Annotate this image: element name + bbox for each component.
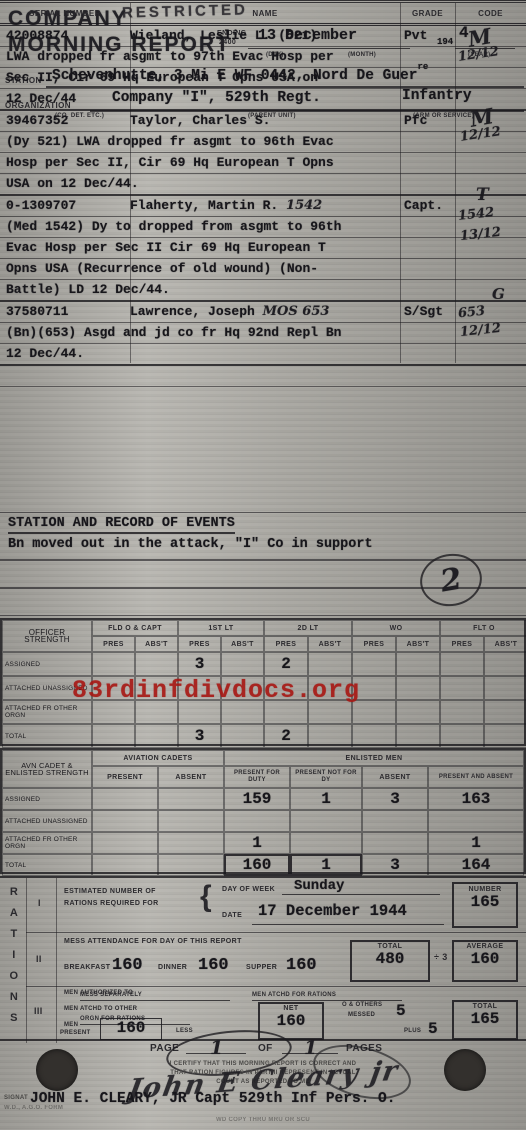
column-divider (26, 878, 27, 1043)
others-value: 5 (396, 1002, 406, 1020)
value-cell: 1 (290, 854, 362, 876)
supper-value: 160 (286, 956, 317, 975)
blank-ruled-line (0, 366, 526, 387)
value-cell: 2 (264, 724, 308, 748)
personnel-entry: 39467352 Taylor, Charles S. Pfc (Dy 521)… (0, 111, 526, 196)
rations-section: RATIONS I II III ESTIMATED NUMBER OF RAT… (0, 876, 526, 1041)
rations-req-label1: ESTIMATED NUMBER OF (64, 888, 156, 895)
section-divider (26, 932, 526, 933)
entry-serial: 0-1309707 (6, 196, 130, 216)
group-header: WO (352, 620, 440, 636)
pres-header: PRES (264, 636, 308, 652)
value-cell: 163 (428, 788, 524, 810)
plus-value: 5 (428, 1020, 438, 1038)
breakfast-label: BREAKFAST (64, 964, 110, 971)
pres-header: PRES (92, 636, 135, 652)
personnel-entry: 42008874 Wieland, Leslie L. (521) Pvt LW… (0, 26, 526, 111)
col-header: PRESENT AND ABSENT (428, 766, 524, 788)
entry-grade: Pfc (400, 111, 461, 131)
dinner-value: 160 (198, 956, 229, 975)
abst-header: ABS'T (396, 636, 440, 652)
roman-numeral-1: I (38, 898, 41, 908)
archive-watermark: 83rdinfdivdocs.org (72, 676, 360, 705)
handwritten-mos: MOS 653 (263, 304, 330, 319)
name-header: NAME (130, 9, 400, 18)
others-label1: O & OTHERS (342, 1002, 382, 1008)
code-header: CODE (455, 9, 526, 18)
value-cell: 160 (224, 854, 290, 876)
entry-text-line: Sec II, Cir 69 Hq European T Opns USA on (0, 68, 526, 89)
row-label: TOTAL (2, 854, 92, 876)
officer-table-corner: OFFICER STRENGTH (2, 620, 92, 652)
net-value: 160 (260, 1012, 322, 1030)
number-label: NUMBER (454, 886, 516, 893)
entry-serial: 39467352 (6, 111, 130, 131)
col-header: PRESENT (92, 766, 158, 788)
rations-total-box: TOTAL 165 (452, 1000, 518, 1040)
roman-numeral-2: II (36, 954, 42, 964)
morning-report-scan: RESTRICTED COMPANY MORNING REPORT ENDING… (0, 0, 526, 1130)
mess-total-label: TOTAL (352, 943, 428, 950)
personnel-table-header: SERIAL NUMBER NAME GRADE CODE (0, 3, 526, 26)
abst-header: ABS'T (484, 636, 526, 652)
entry-text-line: Hosp per Sec II, Cir 69 Hq European T Op… (0, 153, 526, 174)
group-header: FLD O & CAPT (92, 620, 178, 636)
enlisted-strength-table: AVN CADET & ENLISTED STRENGTH AVIATION C… (0, 748, 526, 874)
abst-header: ABS'T (221, 636, 264, 652)
pres-header: PRES (440, 636, 484, 652)
net-label: NET (260, 1005, 322, 1012)
mess-total-value: 480 (352, 950, 428, 968)
certifying-officer-line: JOHN E. CLEARY, JR Capt 529th Inf Pers. … (30, 1091, 395, 1107)
abst-header: ABS'T (135, 636, 178, 652)
group-header: 1ST LT (178, 620, 264, 636)
roman-numeral-3: III (34, 1006, 43, 1016)
rations-date-underline: 17 December 1944 (252, 902, 444, 925)
handwritten-annotation: 2 (438, 561, 465, 599)
personnel-entry: 37580711 Lawrence, Joseph MOS 653 S/Sgt … (0, 302, 526, 366)
enlisted-table-corner: AVN CADET & ENLISTED STRENGTH (2, 750, 92, 788)
entry-serial: 37580711 (6, 302, 130, 322)
entry-grade: Capt. (400, 196, 461, 216)
row-label: ASSIGNED (2, 652, 92, 676)
row-label: ASSIGNED (2, 788, 92, 810)
day-of-week-value: Sunday (294, 878, 344, 894)
entry-name: Flaherty, Martin R. 1542 (130, 196, 400, 216)
abst-header: ABS'T (308, 636, 352, 652)
bottom-note: WD COPY THRU MRU OR SCU (0, 1117, 526, 1123)
value-cell: 1 (428, 832, 524, 854)
rations-total-value: 165 (454, 1010, 516, 1028)
row-label: TOTAL (2, 724, 92, 748)
others-label2: MESSED (348, 1012, 375, 1018)
row-label: ATTACHED UNASSIGNED (2, 810, 92, 832)
entry-grade: S/Sgt (400, 302, 461, 322)
plus-label: PLUS (404, 1028, 421, 1034)
entry-text-line: 12 Dec/44. (0, 344, 526, 366)
entry-text-line: Opns USA (Recurrence of old wound) (Non- (0, 259, 526, 280)
grade-header: GRADE (400, 9, 455, 18)
mess-separately-label2: MESS SEPARATELY (80, 992, 230, 1001)
breakfast-value: 160 (112, 956, 143, 975)
personnel-table: SERIAL NUMBER NAME GRADE CODE 42008874 W… (0, 0, 526, 363)
date-label: DATE (222, 912, 242, 919)
entry-text-line: (Med 1542) Dy to dropped from asgmt to 9… (0, 217, 526, 238)
entry-name: Lawrence, Joseph MOS 653 (130, 302, 400, 322)
value-cell: 3 (362, 854, 428, 876)
events-heading: STATION AND RECORD OF EVENTS (8, 516, 235, 534)
day-of-week-label: DAY OF WEEK (222, 886, 275, 893)
men-present-box: 160 (100, 1018, 162, 1040)
entry-serial: 42008874 (6, 26, 130, 46)
entry-text-line: USA on 12 Dec/44. (0, 174, 526, 196)
atchd-for-rations-label: MEN ATCHD FOR RATIONS (252, 992, 402, 1001)
entry-name: Wieland, Leslie L. (521) (130, 26, 400, 46)
dinner-label: DINNER (158, 964, 187, 971)
signature-label: SIGNAT (4, 1095, 28, 1101)
rations-total-label: TOTAL (454, 1003, 516, 1010)
entry-text-line: Battle) LD 12 Dec/44. (0, 280, 526, 302)
group-header: FLT O (440, 620, 526, 636)
handwritten-mos: 1542 (286, 198, 322, 213)
value-cell: 2 (264, 652, 308, 676)
group-header: AVIATION CADETS (92, 750, 224, 766)
average-box: AVERAGE 160 (452, 940, 518, 982)
section-divider (26, 986, 526, 987)
supper-label: SUPPER (246, 964, 277, 971)
group-header: ENLISTED MEN (224, 750, 524, 766)
value-cell: 159 (224, 788, 290, 810)
divide-by-three: ÷ 3 (434, 952, 448, 962)
less-label: LESS (176, 1028, 193, 1034)
entry-text-line: LWA dropped fr asgmt to 97th Evac Hosp p… (0, 47, 526, 68)
blank-ruled-line (0, 492, 526, 513)
value-cell: 3 (178, 652, 221, 676)
entry-grade: Pvt (400, 26, 461, 46)
entry-text-line: (Dy 521) LWA dropped fr asgmt to 96th Ev… (0, 132, 526, 153)
entry-text-line: Evac Hosp per Sec II Cir 69 Hq European … (0, 238, 526, 259)
pres-header: PRES (178, 636, 221, 652)
value-cell: 164 (428, 854, 524, 876)
col-header: PRESENT NOT FOR DY (290, 766, 362, 788)
value-cell: 1 (224, 832, 290, 854)
personnel-entry: 0-1309707 Flaherty, Martin R. 1542 Capt.… (0, 196, 526, 302)
events-section: STATION AND RECORD OF EVENTS Bn moved ou… (0, 492, 526, 616)
col-header: PRESENT FOR DUTY (224, 766, 290, 788)
pres-header: PRES (352, 636, 396, 652)
men-present-value: 160 (117, 1019, 146, 1037)
value-cell: 1 (290, 788, 362, 810)
number-box: NUMBER 165 (452, 882, 518, 928)
col-header: ABSENT (158, 766, 224, 788)
average-value: 160 (454, 950, 516, 968)
average-label: AVERAGE (454, 943, 516, 950)
entry-text-line: 12 Dec/44 (0, 89, 526, 111)
mess-attendance-label: MESS ATTENDANCE FOR DAY OF THIS REPORT (64, 938, 242, 945)
rations-req-label2: RATIONS REQUIRED FOR (64, 900, 159, 907)
men-present-label2: PRESENT (60, 1030, 90, 1036)
column-divider (56, 878, 57, 1043)
number-value: 165 (454, 893, 516, 911)
entry-text-line: (Bn)(653) Asgd and jd co fr Hq 92nd Repl… (0, 323, 526, 344)
rations-side-label: RATIONS (9, 882, 19, 1029)
row-label: ATTACHED FR OTHER ORGN (2, 832, 92, 854)
atchd-other-label1: MEN ATCHD TO OTHER (64, 1006, 137, 1012)
rations-date-value: 17 December 1944 (258, 902, 407, 920)
entry-name: Taylor, Charles S. (130, 111, 400, 131)
brace: { (200, 880, 212, 914)
men-present-label1: MEN (64, 1022, 78, 1028)
day-of-week-underline: Sunday (282, 876, 440, 895)
group-header: 2D LT (264, 620, 352, 636)
mess-total-box: TOTAL 480 (350, 940, 430, 982)
footer-section: PAGE 1 OF 1 PAGES I CERTIFY THAT THIS MO… (0, 1041, 526, 1130)
col-header: ABSENT (362, 766, 428, 788)
value-cell: 3 (178, 724, 221, 748)
value-cell: 3 (362, 788, 428, 810)
serial-header: SERIAL NUMBER (0, 9, 130, 18)
